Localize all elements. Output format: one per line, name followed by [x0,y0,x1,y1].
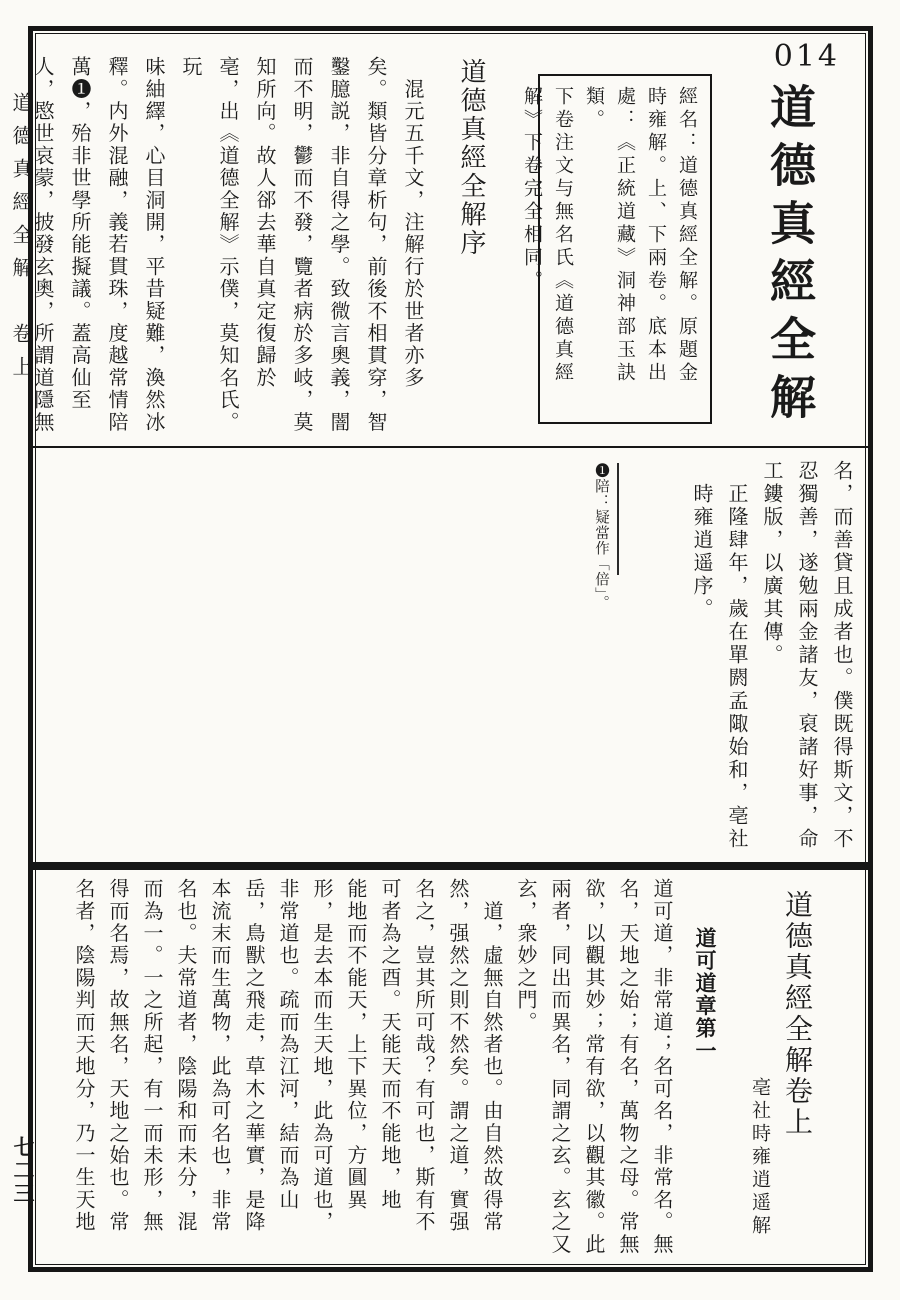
author-line: 亳社時雍逍遥解 [746,1077,773,1238]
volume-title: 道德真經全解卷上 [776,890,816,1138]
preface-columns: 混元五千文，注解行於世者亦多矣。類皆分章析句，前後不相貫穿，智鑿臆説，非自得之學… [60,56,430,448]
main-text-column: 本流末而生萬物，此為可名也，非常 [202,878,236,1266]
preface-text-column: 正隆肆年，歲在單閼孟陬始和，亳社 [718,460,753,860]
main-text-columns: 道可道，非常道；名可名，非常名。無名，天地之始；有名，萬物之母。常無欲，以觀其妙… [66,878,678,1266]
preface-text-column: 混元五千文，注解行於世者亦多 [393,56,430,448]
preface-text-column: 萬❶，殆非世學所能擬議。蓋高仙至 [60,56,97,448]
preface-text-column: 時雍逍遥序。 [683,460,718,860]
preface-continuation-columns: 名，而善貸且成者也。僕既得斯文，不忍獨善，遂勉兩金諸友，裒諸好事，命工鏤版，以廣… [680,460,858,860]
main-text-column: 名，天地之始；有名，萬物之母。常無 [610,878,644,1266]
section-divider-thin [33,446,868,448]
colophon-column: 時雍解。上、下兩卷。底本出 [640,86,671,412]
main-text-column: 名也。夫常道者，陰陽和而未分，混 [168,878,202,1266]
main-text-column: 然，强然之則不然矣。謂之道，實强 [440,878,474,1266]
preface-text-column: 鑿臆説，非自得之學。致微言奧義，闇 [319,56,356,448]
colophon-column: 經名：道德真經全解。原題金 [671,86,702,412]
main-text-column: 而為一。一之所起，有一而未形，無 [134,878,168,1266]
main-text-column: 兩者，同出而異名，同謂之玄。玄之又 [542,878,576,1266]
main-text-column: 可者為之酉。天能天而不能地，地 [372,878,406,1266]
main-text-column: 非常道也。疏而為江河，結而為山 [270,878,304,1266]
preface-text-column: 亳，出《道德全解》示僕，莫知名氏。玩 [171,56,245,448]
section-divider-thick [33,862,868,870]
preface-text-column: 人，愍世哀蒙，披發玄奧，所謂道隱無 [23,56,60,448]
preface-text-column: 釋。内外混融，義若貫珠，度越常情陪 [97,56,134,448]
preface-text-column: 工鏤版，以廣其傳。 [753,460,788,860]
footnote-separator-rule [617,463,619,575]
main-text-column: 形，是去本而生天地，此為可道也， [304,878,338,1266]
main-text-column: 能地而不能天，上下異位，方圓異 [338,878,372,1266]
preface-title: 道德真經全解序 [453,58,490,258]
page-frame: 014 道德真經全解 經名：道德真經全解。原題金時雍解。上、下兩卷。底本出處：《… [28,26,873,1272]
preface-text-column: 忍獨善，遂勉兩金諸友，裒諸好事，命 [788,460,823,860]
main-text-column: 名之，豈其所可哉？有可也，斯有不 [406,878,440,1266]
scanned-book-page: { "colors": { "paper": "#fbfaf6", "ink":… [0,0,900,1300]
preface-text-column: 味紬繹，心目洞開，平昔疑難，渙然冰 [134,56,171,448]
footnote-text: ❶陪：疑當作「倍」。 [591,463,612,611]
page-code: 014 [774,39,840,74]
main-text-column: 玄，衆妙之門。 [508,878,542,1266]
preface-text-column: 而不明，鬱而不發，覽者病於多岐，莫 [282,56,319,448]
main-text-column: 道可道，非常道；名可名，非常名。無 [644,878,678,1266]
main-text-column: 得而名焉，故無名，天地之始也。常 [100,878,134,1266]
main-text-column: 欲，以觀其妙；常有欲，以觀其徽。此 [576,878,610,1266]
preface-text-column: 矣。類皆分章析句，前後不相貫穿，智 [356,56,393,448]
colophon-column: 處：《正統道藏》洞神部玉訣類。 [578,86,640,412]
chapter-title: 道可道章第一 [690,927,720,1062]
preface-text-column: 知所向。故人郤去華自真定復歸於 [245,56,282,448]
colophon-columns: 經名：道德真經全解。原題金時雍解。上、下兩卷。底本出處：《正統道藏》洞神部玉訣類… [548,86,702,412]
main-text-column: 道，虛無自然者也。由自然故得常 [474,878,508,1266]
colophon-column: 解》下卷完全相同。 [516,86,547,412]
preface-text-column: 名，而善貸且成者也。僕既得斯文，不 [823,460,858,860]
colophon-box: 經名：道德真經全解。原題金時雍解。上、下兩卷。底本出處：《正統道藏》洞神部玉訣類… [538,74,712,424]
main-text-column: 名者，陰陽判而天地分，乃一生天地 [66,878,100,1266]
book-title: 道德真經全解 [756,83,822,431]
colophon-column: 下卷注文与無名氏《道德真經 [547,86,578,412]
main-text-column: 岳，鳥獸之飛走，草木之華實，是降 [236,878,270,1266]
